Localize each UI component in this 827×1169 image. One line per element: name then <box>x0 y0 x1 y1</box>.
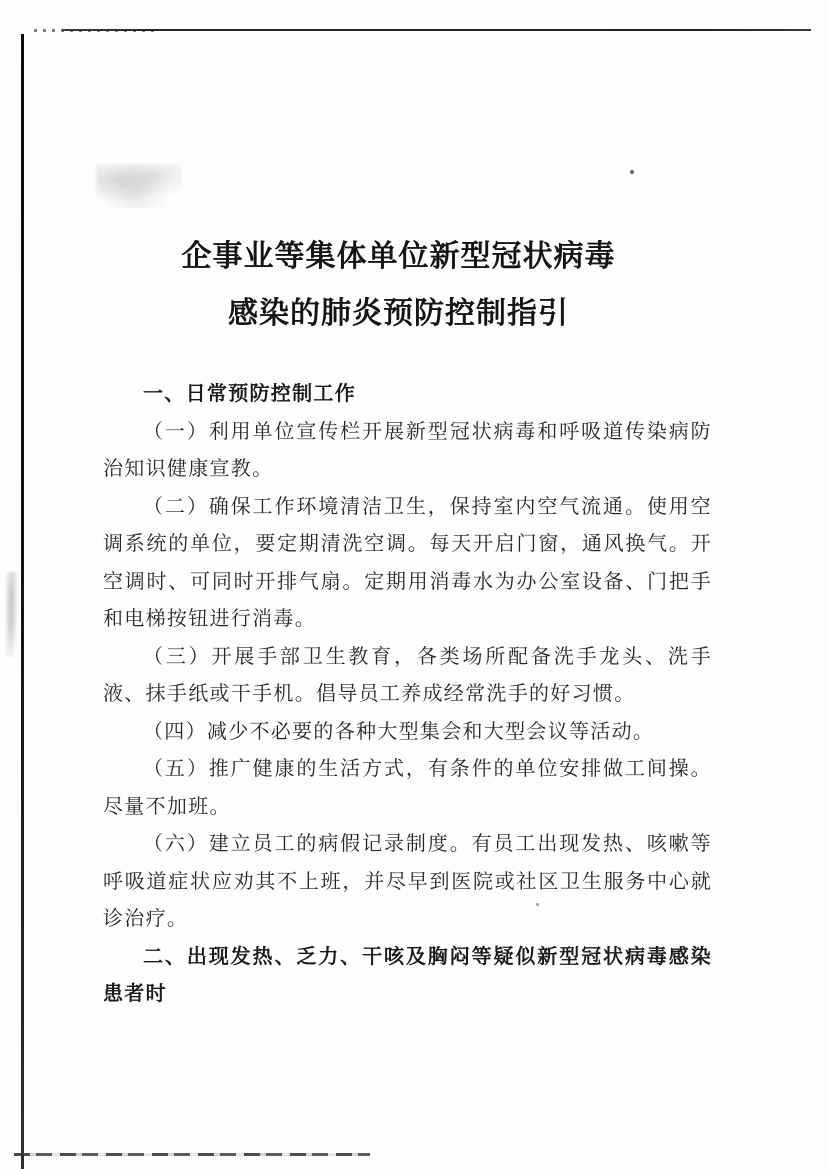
section-heading-daily-prevention: 一、日常预防控制工作 <box>103 376 712 414</box>
document-body: 一、日常预防控制工作 （一）利用单位宣传栏开展新型冠状病毒和呼吸道传染病防治知识… <box>103 376 712 1014</box>
scan-edge-left-line <box>21 34 24 1169</box>
section-heading-suspected-cases: 二、出现发热、乏力、干咳及胸闷等疑似新型冠状病毒感染患者时 <box>103 939 712 1014</box>
scan-smudge-left-margin <box>4 572 18 658</box>
paragraph-item-6: （六）建立员工的病假记录制度。有员工出现发热、咳嗽等呼吸道症状应劝其不上班，并尽… <box>103 826 712 939</box>
paragraph-item-3: （三）开展手部卫生教育，各类场所配备洗手龙头、洗手液、抹手纸或干手机。倡导员工养… <box>103 639 712 714</box>
document-content: 企事业等集体单位新型冠状病毒 感染的肺炎预防控制指引 一、日常预防控制工作 （一… <box>103 0 712 1014</box>
paragraph-item-5: （五）推广健康的生活方式，有条件的单位安排做工间操。尽量不加班。 <box>103 751 712 826</box>
scanned-document-page: 企事业等集体单位新型冠状病毒 感染的肺炎预防控制指引 一、日常预防控制工作 （一… <box>0 0 827 1169</box>
paragraph-item-4: （四）减少不必要的各种大型集会和大型会议等活动。 <box>103 714 712 752</box>
document-title-line-2: 感染的肺炎预防控制指引 <box>94 285 703 342</box>
scan-edge-bottom-dashed-line <box>14 1153 370 1156</box>
document-title-line-1: 企事业等集体单位新型冠状病毒 <box>94 228 703 285</box>
paragraph-item-1: （一）利用单位宣传栏开展新型冠状病毒和呼吸道传染病防治知识健康宣教。 <box>103 414 712 489</box>
document-title: 企事业等集体单位新型冠状病毒 感染的肺炎预防控制指引 <box>94 228 703 342</box>
paragraph-item-2: （二）确保工作环境清洁卫生，保持室内空气流通。使用空调系统的单位，要定期清洗空调… <box>103 489 712 639</box>
